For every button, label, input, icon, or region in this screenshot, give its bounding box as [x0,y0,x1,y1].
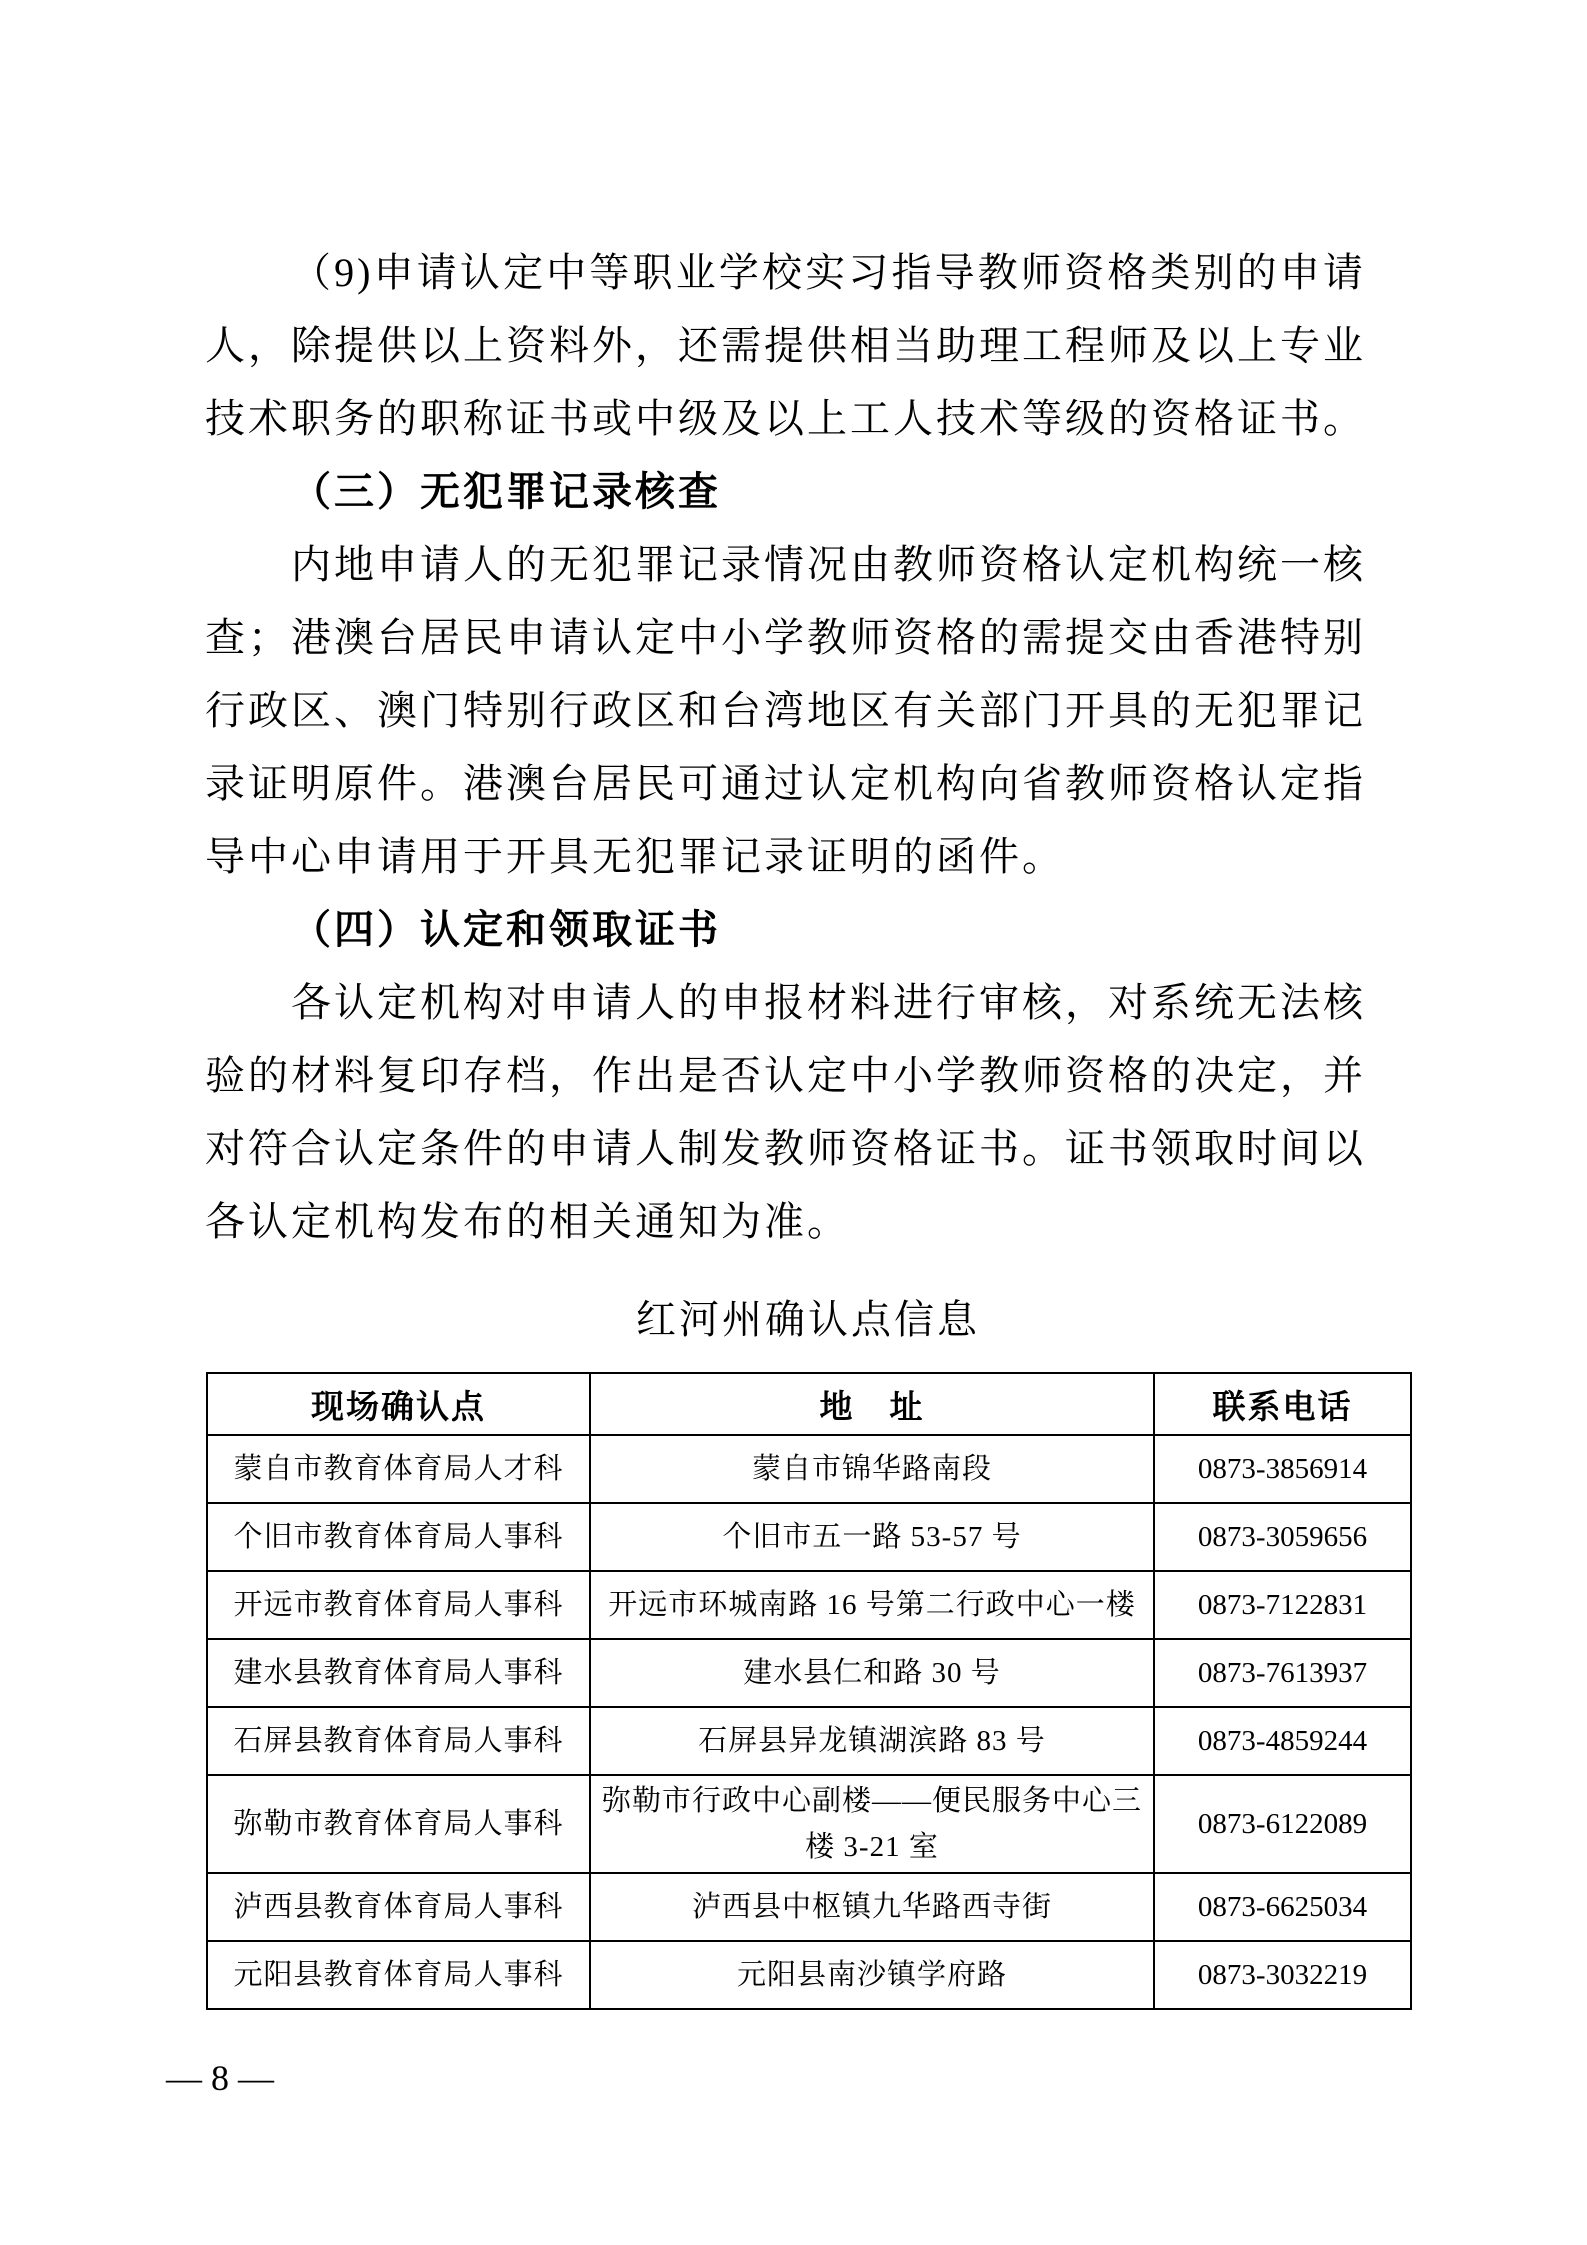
site-cell: 开远市教育体育局人事科 [207,1571,590,1639]
column-header-address: 地 址 [590,1373,1154,1435]
site-cell: 泸西县教育体育局人事科 [207,1873,590,1941]
address-cell: 泸西县中枢镇九华路西寺街 [590,1873,1154,1941]
document-page: （9)申请认定中等职业学校实习指导教师资格类别的申请人，除提供以上资料外，还需提… [0,0,1587,2245]
phone-cell: 0873-3032219 [1154,1941,1411,2009]
column-header-phone: 联系电话 [1154,1373,1411,1435]
paragraph-certificate-issuance: 各认定机构对申请人的申报材料进行审核，对系统无法核验的材料复印存档，作出是否认定… [205,966,1366,1258]
address-cell: 元阳县南沙镇学府路 [590,1941,1154,2009]
address-cell: 建水县仁和路 30 号 [590,1639,1154,1707]
column-header-site: 现场确认点 [207,1373,590,1435]
paragraph-criminal-record-check: 内地申请人的无犯罪记录情况由教师资格认定机构统一核查；港澳台居民申请认定中小学教… [205,528,1366,893]
address-cell: 蒙自市锦华路南段 [590,1435,1154,1503]
site-cell: 建水县教育体育局人事科 [207,1639,590,1707]
table-row: 弥勒市教育体育局人事科 弥勒市行政中心副楼——便民服务中心三楼 3-21 室 0… [207,1775,1411,1873]
phone-cell: 0873-7613937 [1154,1639,1411,1707]
document-body: （9)申请认定中等职业学校实习指导教师资格类别的申请人，除提供以上资料外，还需提… [205,236,1366,1258]
section-heading-4: （四）认定和领取证书 [205,893,1366,966]
table-title: 红河州确认点信息 [206,1283,1410,1356]
page-number: — 8 — [166,2050,274,2106]
phone-cell: 0873-3059656 [1154,1503,1411,1571]
site-cell: 元阳县教育体育局人事科 [207,1941,590,2009]
phone-cell: 0873-6625034 [1154,1873,1411,1941]
table-header-row: 现场确认点 地 址 联系电话 [207,1373,1411,1435]
confirmation-points-table: 现场确认点 地 址 联系电话 蒙自市教育体育局人才科 蒙自市锦华路南段 0873… [206,1372,1412,2010]
address-cell: 个旧市五一路 53-57 号 [590,1503,1154,1571]
section-heading-3: （三）无犯罪记录核查 [205,455,1366,528]
table-row: 开远市教育体育局人事科 开远市环城南路 16 号第二行政中心一楼 0873-71… [207,1571,1411,1639]
phone-cell: 0873-3856914 [1154,1435,1411,1503]
site-cell: 石屏县教育体育局人事科 [207,1707,590,1775]
address-cell: 弥勒市行政中心副楼——便民服务中心三楼 3-21 室 [590,1775,1154,1873]
site-cell: 蒙自市教育体育局人才科 [207,1435,590,1503]
address-cell: 石屏县异龙镇湖滨路 83 号 [590,1707,1154,1775]
site-cell: 弥勒市教育体育局人事科 [207,1775,590,1873]
confirmation-points-section: 红河州确认点信息 现场确认点 地 址 联系电话 蒙自市教育体育局人才科 蒙自市锦… [206,1283,1410,2010]
table-row: 建水县教育体育局人事科 建水县仁和路 30 号 0873-7613937 [207,1639,1411,1707]
phone-cell: 0873-6122089 [1154,1775,1411,1873]
phone-cell: 0873-4859244 [1154,1707,1411,1775]
table-row: 石屏县教育体育局人事科 石屏县异龙镇湖滨路 83 号 0873-4859244 [207,1707,1411,1775]
paragraph-item-9: （9)申请认定中等职业学校实习指导教师资格类别的申请人，除提供以上资料外，还需提… [205,236,1366,455]
site-cell: 个旧市教育体育局人事科 [207,1503,590,1571]
table-row: 泸西县教育体育局人事科 泸西县中枢镇九华路西寺街 0873-6625034 [207,1873,1411,1941]
table-row: 元阳县教育体育局人事科 元阳县南沙镇学府路 0873-3032219 [207,1941,1411,2009]
address-cell: 开远市环城南路 16 号第二行政中心一楼 [590,1571,1154,1639]
table-row: 蒙自市教育体育局人才科 蒙自市锦华路南段 0873-3856914 [207,1435,1411,1503]
table-row: 个旧市教育体育局人事科 个旧市五一路 53-57 号 0873-3059656 [207,1503,1411,1571]
phone-cell: 0873-7122831 [1154,1571,1411,1639]
